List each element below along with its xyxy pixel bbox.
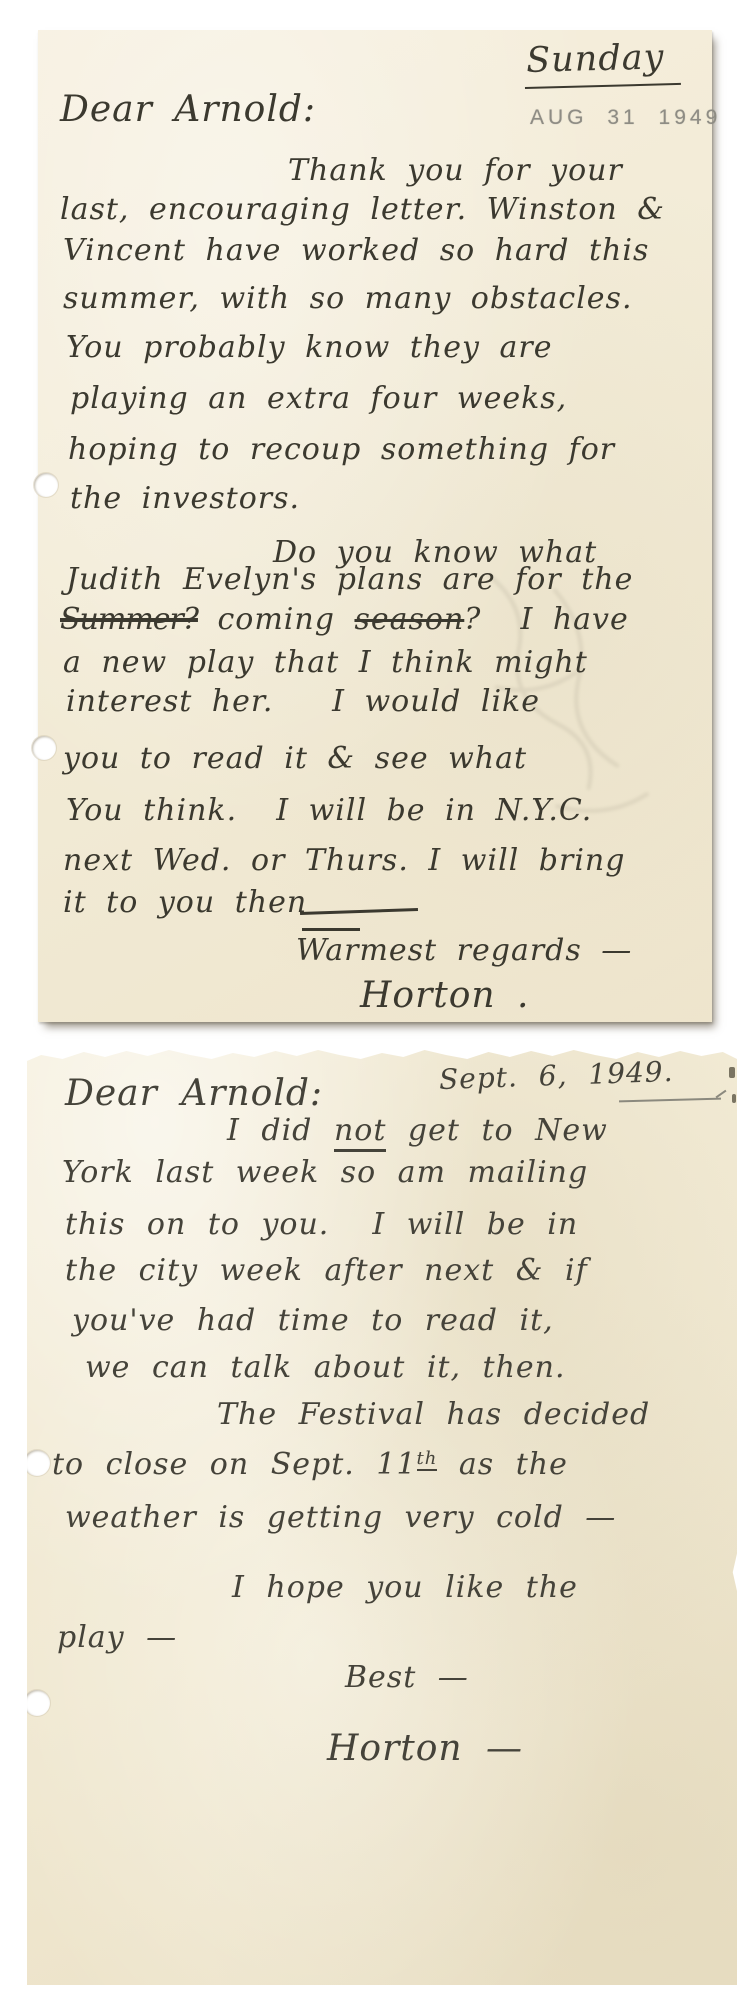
letter-text: coming <box>198 602 355 637</box>
letter-line: play — <box>57 1620 177 1656</box>
closing-line: Best — <box>345 1660 469 1696</box>
superscript-ordinal: th <box>417 1448 438 1471</box>
letter-text: as the <box>437 1447 567 1482</box>
closing-line: Warmest regards — <box>296 933 632 969</box>
ink-dash <box>300 908 418 915</box>
paper-nick <box>729 1067 735 1078</box>
punch-hole <box>24 1690 50 1716</box>
letter-line: You probably know they are <box>66 330 552 366</box>
struck-out-word: season <box>354 602 464 637</box>
letter-line: Judith Evelyn's plans are for the <box>66 562 633 598</box>
paper-nick <box>732 1094 736 1103</box>
letter-line: The Festival has decided <box>217 1397 650 1433</box>
day-heading: Sunday <box>524 36 681 89</box>
letter-line: the city week after next & if <box>65 1253 588 1289</box>
punch-hole <box>24 1450 50 1476</box>
letter-line: the investors. <box>70 481 300 517</box>
ink-dash <box>302 928 360 931</box>
letter-line: interest her. I would like <box>66 684 540 720</box>
salutation: Dear Arnold: <box>65 1072 323 1115</box>
letter-line: a new play that I think might <box>63 645 588 681</box>
letter-date: Sept. 6, 1949. <box>438 1055 674 1097</box>
letter-line: Thank you for your <box>288 153 623 189</box>
letter-line: last, encouraging letter. Winston & <box>60 192 665 228</box>
letter-line-with-underline: I did not get to New <box>227 1113 608 1149</box>
signature: Horton — <box>327 1727 523 1770</box>
letter-line: I hope you like the <box>232 1570 578 1606</box>
pencil-mark <box>716 1090 727 1099</box>
letter-line: playing an extra four weeks, <box>70 381 567 417</box>
scanned-letters-background: { "page1": { "day_heading": "Sunday", "d… <box>0 0 750 2000</box>
letter-line: it to you then <box>63 885 307 921</box>
signature: Horton . <box>360 974 530 1017</box>
letter-line: summer, with so many obstacles. <box>63 281 633 317</box>
received-date-stamp: AUG 31 1949 <box>530 106 721 130</box>
letter-line: you've had time to read it, <box>72 1303 554 1339</box>
letter-line: you to read it & see what <box>63 741 527 777</box>
pencil-mark <box>619 1098 721 1103</box>
punch-hole <box>34 473 58 497</box>
letter-line: York last week so am mailing <box>62 1155 588 1191</box>
letter-page-1: Sunday AUG 31 1949 Dear Arnold: Thank yo… <box>38 30 712 1022</box>
letter-text: get to New <box>386 1113 607 1148</box>
letter-line: You think. I will be in N.Y.C. <box>66 793 592 829</box>
salutation: Dear Arnold: <box>60 88 316 131</box>
letter-text: I did <box>227 1113 334 1148</box>
letter-text: ? I have <box>464 602 628 637</box>
letter-line: we can talk about it, then. <box>85 1350 566 1386</box>
letter-line: weather is getting very cold — <box>65 1500 616 1536</box>
letter-line: this on to you. I will be in <box>65 1207 578 1243</box>
underlined-word: not <box>334 1113 386 1152</box>
letter-text: to close on Sept. 11 <box>52 1447 417 1482</box>
letter-line-with-superscript: to close on Sept. 11th as the <box>52 1447 568 1483</box>
letter-line: Vincent have worked so hard this <box>63 233 649 269</box>
punch-hole <box>32 736 56 760</box>
letter-line: next Wed. or Thurs. I will bring <box>63 843 625 879</box>
letter-page-2: Dear Arnold: Sept. 6, 1949. I did not ge… <box>27 1047 737 1985</box>
struck-out-word: Summer? <box>60 602 198 637</box>
letter-line-with-strikeouts: Summer? coming season? I have <box>60 602 629 638</box>
letter-line: hoping to recoup something for <box>68 432 615 468</box>
